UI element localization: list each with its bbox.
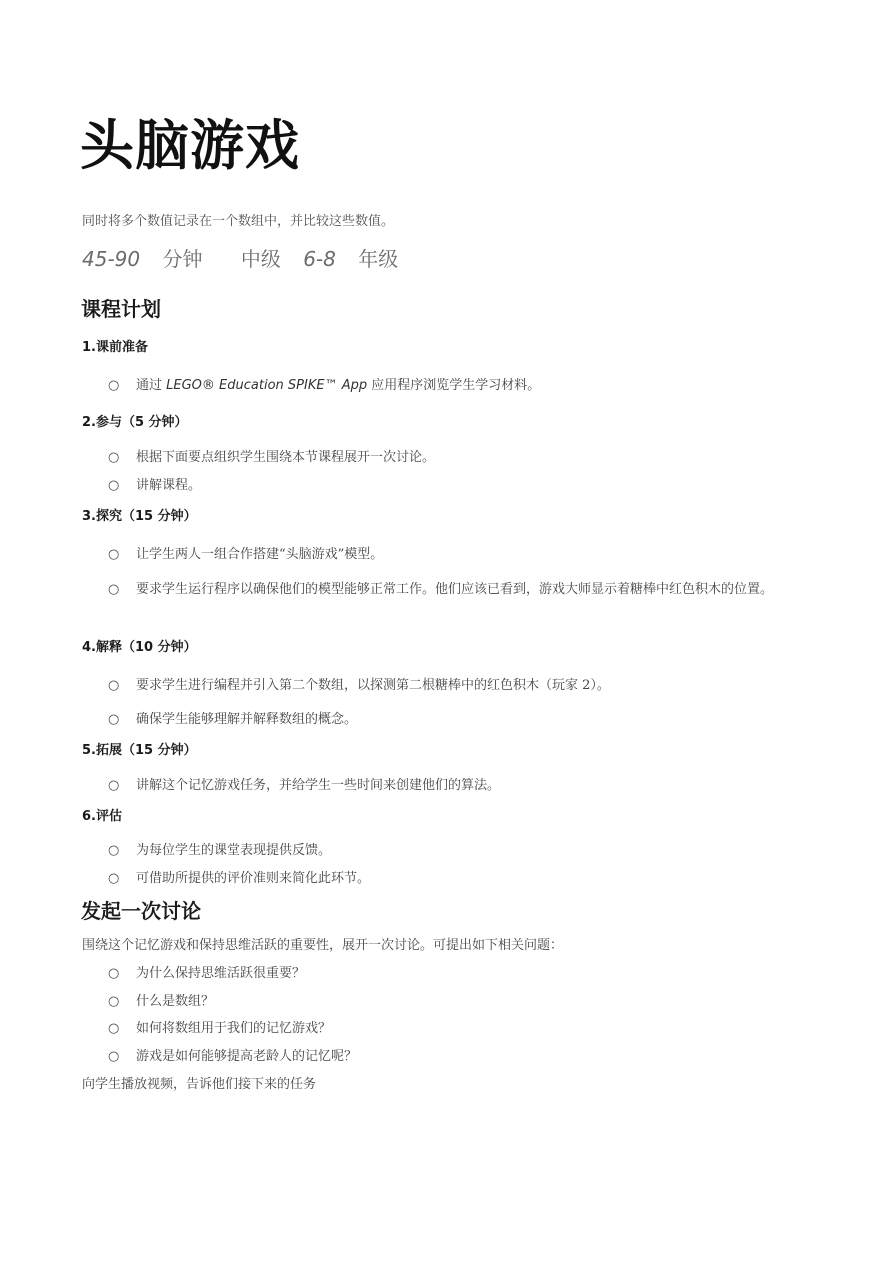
document-page: 头脑游戏 同时将多个数值记录在一个数组中，并比较这些数值。 45-90 分钟 中… [0,0,892,1263]
meta-level: 中级 [241,247,281,271]
list-item: 确保学生能够理解并解释数组的概念。 [136,710,357,730]
list-item: 为每位学生的课堂表现提供反馈。 [136,841,331,861]
bullet-icon: ○ [108,776,119,796]
discussion-closing: 向学生播放视频，告诉他们接下来的任务 [82,1075,316,1095]
bullet-icon: ○ [108,580,119,600]
bullet-icon: ○ [108,676,119,696]
list-item: 讲解课程。 [136,476,201,496]
bullet-icon: ○ [108,964,119,984]
bullet-icon: ○ [108,710,119,730]
list-item: 根据下面要点组织学生围绕本节课程展开一次讨论。 [136,448,435,468]
discussion-intro: 围绕这个记忆游戏和保持思维活跃的重要性，展开一次讨论。可提出如下相关问题： [82,936,563,956]
list-item: 通过 LEGO® Education SPIKE™ App 应用程序浏览学生学习… [136,376,540,396]
meta-duration: 45-90 分钟 [82,247,218,271]
page-subtitle: 同时将多个数值记录在一个数组中，并比较这些数值。 [82,212,394,232]
question-item: 什么是数组？ [136,992,214,1012]
bullet-icon: ○ [108,448,119,468]
question-item: 为什么保持思维活跃很重要？ [136,964,305,984]
section-heading-engage: 2.参与（5 分钟） [82,413,188,433]
list-item: 可借助所提供的评价准则来简化此环节。 [136,869,370,889]
bullet-icon: ○ [108,841,119,861]
meta-grade: 6-8 年级 [303,247,414,271]
discussion-heading: 发起一次讨论 [81,897,201,925]
section-heading-elaborate: 5.拓展（15 分钟） [82,741,197,761]
page-title: 头脑游戏 [80,112,300,178]
bullet-icon: ○ [108,992,119,1012]
section-heading-explore: 3.探究（15 分钟） [82,507,197,527]
app-name: LEGO® Education SPIKE™ App [166,378,367,393]
bullet-icon: ○ [108,869,119,889]
bullet-icon: ○ [108,376,119,396]
section-heading-evaluate: 6.评估 [82,807,122,827]
list-item: 要求学生进行编程并引入第二个数组，以探测第二根糖棒中的红色积木（玩家 2）。 [136,676,610,696]
bullet-icon: ○ [108,545,119,565]
bullet-icon: ○ [108,1047,119,1067]
lesson-meta: 45-90 分钟 中级 6-8 年级 [82,245,430,273]
question-item: 游戏是如何能够提高老龄人的记忆呢？ [136,1047,357,1067]
question-item: 如何将数组用于我们的记忆游戏？ [136,1019,331,1039]
bullet-icon: ○ [108,476,119,496]
list-item: 让学生两人一组合作搭建“头脑游戏”模型。 [136,545,383,565]
lesson-plan-heading: 课程计划 [81,295,161,323]
section-heading-prep: 1.课前准备 [82,338,148,358]
list-item: 讲解这个记忆游戏任务，并给学生一些时间来创建他们的算法。 [136,776,500,796]
bullet-icon: ○ [108,1019,119,1039]
list-item: 要求学生运行程序以确保他们的模型能够正常工作。他们应该已看到，游戏大师显示着糖棒… [136,574,808,605]
section-heading-explain: 4.解释（10 分钟） [82,638,197,658]
